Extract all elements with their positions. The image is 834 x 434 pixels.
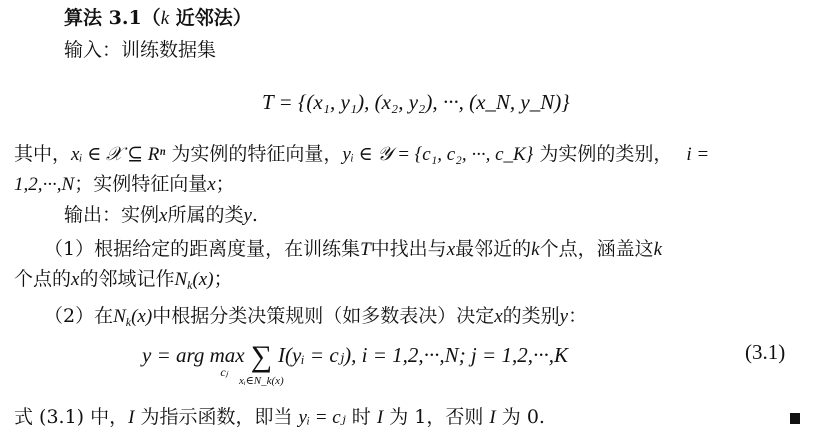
- math-N: N: [174, 269, 187, 290]
- text: ；实例特征向量: [74, 173, 207, 195]
- math-condition: yᵢ = cⱼ: [299, 407, 346, 428]
- math-xi: xᵢ ∈ 𝒳 ⊆ Rⁿ: [71, 144, 165, 165]
- var-k: k: [161, 8, 169, 29]
- text: 为 0.: [496, 406, 545, 428]
- math-y: y: [243, 205, 251, 226]
- text: 为 1，否则: [383, 406, 489, 428]
- math-yi: yᵢ ∈ 𝒴 = {c₁, c₂, ···, c_K}: [342, 144, 533, 165]
- step-2-line: （2）在Nk(x)中根据分类决策规则（如多数表决）决定x的类别y：: [44, 304, 587, 334]
- decision-formula: y = arg maxcⱼ∑xᵢ∈N_k(x)I(yᵢ = cⱼ), i = 1…: [142, 340, 568, 374]
- text: 为实例的特征向量，: [165, 143, 342, 165]
- math-k: k: [654, 239, 662, 260]
- text: 最邻近的: [455, 238, 531, 260]
- text: 其中，: [14, 143, 71, 165]
- algorithm-name: 近邻法）: [169, 7, 252, 29]
- summation: ∑xᵢ∈N_k(x): [251, 340, 272, 374]
- text: ；: [216, 173, 235, 195]
- equation-number: (3.1): [745, 340, 785, 365]
- text: 中找出与: [371, 238, 447, 260]
- text: 输出：实例: [64, 204, 159, 226]
- argmax-subscript: cⱼ: [220, 365, 227, 380]
- text: .: [252, 204, 258, 226]
- math-N: N: [113, 306, 126, 327]
- math-x: x: [207, 174, 215, 195]
- math-arg: (x): [192, 269, 213, 290]
- math-i: i =: [686, 144, 709, 165]
- text: 所属的类: [167, 204, 243, 226]
- text: 为实例的类别，: [533, 143, 672, 165]
- text: 时: [346, 406, 377, 428]
- math-T: T: [360, 239, 371, 260]
- text: ；: [214, 268, 233, 290]
- math-y: y: [560, 306, 568, 327]
- dataset-equation: T = {(x₁, y₁), (x₂, y₂), ···, (x_N, y_N)…: [262, 90, 570, 114]
- output-line: 输出：实例x所属的类y.: [64, 203, 258, 228]
- algorithm-number: 算法 3.1: [64, 7, 142, 29]
- text: 中根据分类决策规则（如多数表决）决定: [152, 305, 494, 327]
- formula-body: I(yᵢ = cⱼ), i = 1,2,···,N; j = 1,2,···,K: [278, 343, 568, 367]
- where-line-2: 1,2,···,N；实例特征向量x；: [14, 172, 235, 197]
- text: （2）在: [44, 305, 113, 327]
- formula-lhs: y = arg max: [142, 343, 245, 367]
- text: 个点的: [14, 268, 71, 290]
- sum-subscript: xᵢ∈N_k(x): [239, 374, 284, 387]
- math-arg: (x): [131, 306, 152, 327]
- algorithm-title: 算法 3.1（k 近邻法）: [64, 6, 252, 31]
- math-k: k: [531, 239, 539, 260]
- text: 的邻域记作: [79, 268, 174, 290]
- step-1-line-2: 个点的x的邻域记作Nk(x)；: [14, 267, 233, 297]
- text: 为指示函数，即当: [134, 406, 298, 428]
- note-line: 式 (3.1) 中，I 为指示函数，即当 yᵢ = cⱼ 时 I 为 1，否则 …: [14, 405, 545, 430]
- text: 的类别: [503, 305, 560, 327]
- math-range: 1,2,···,N: [14, 174, 74, 195]
- math-x: x: [447, 239, 455, 260]
- sum-symbol: ∑: [251, 340, 272, 373]
- text: 式 (3.1) 中，: [14, 406, 128, 428]
- end-of-proof-icon: [790, 413, 800, 424]
- text: 个点，涵盖这: [540, 238, 654, 260]
- where-line-1: 其中，xᵢ ∈ 𝒳 ⊆ Rⁿ 为实例的特征向量，yᵢ ∈ 𝒴 = {c₁, c₂…: [14, 142, 709, 167]
- text: ：: [568, 305, 587, 327]
- argmax: y = arg maxcⱼ: [142, 343, 245, 368]
- text: （1）根据给定的距离度量，在训练集: [44, 238, 360, 260]
- math-x: x: [494, 306, 502, 327]
- paren-open: （: [142, 7, 161, 29]
- step-1-line-1: （1）根据给定的距离度量，在训练集T中找出与x最邻近的k个点，涵盖这k: [44, 237, 662, 262]
- input-label: 输入：训练数据集: [64, 38, 216, 62]
